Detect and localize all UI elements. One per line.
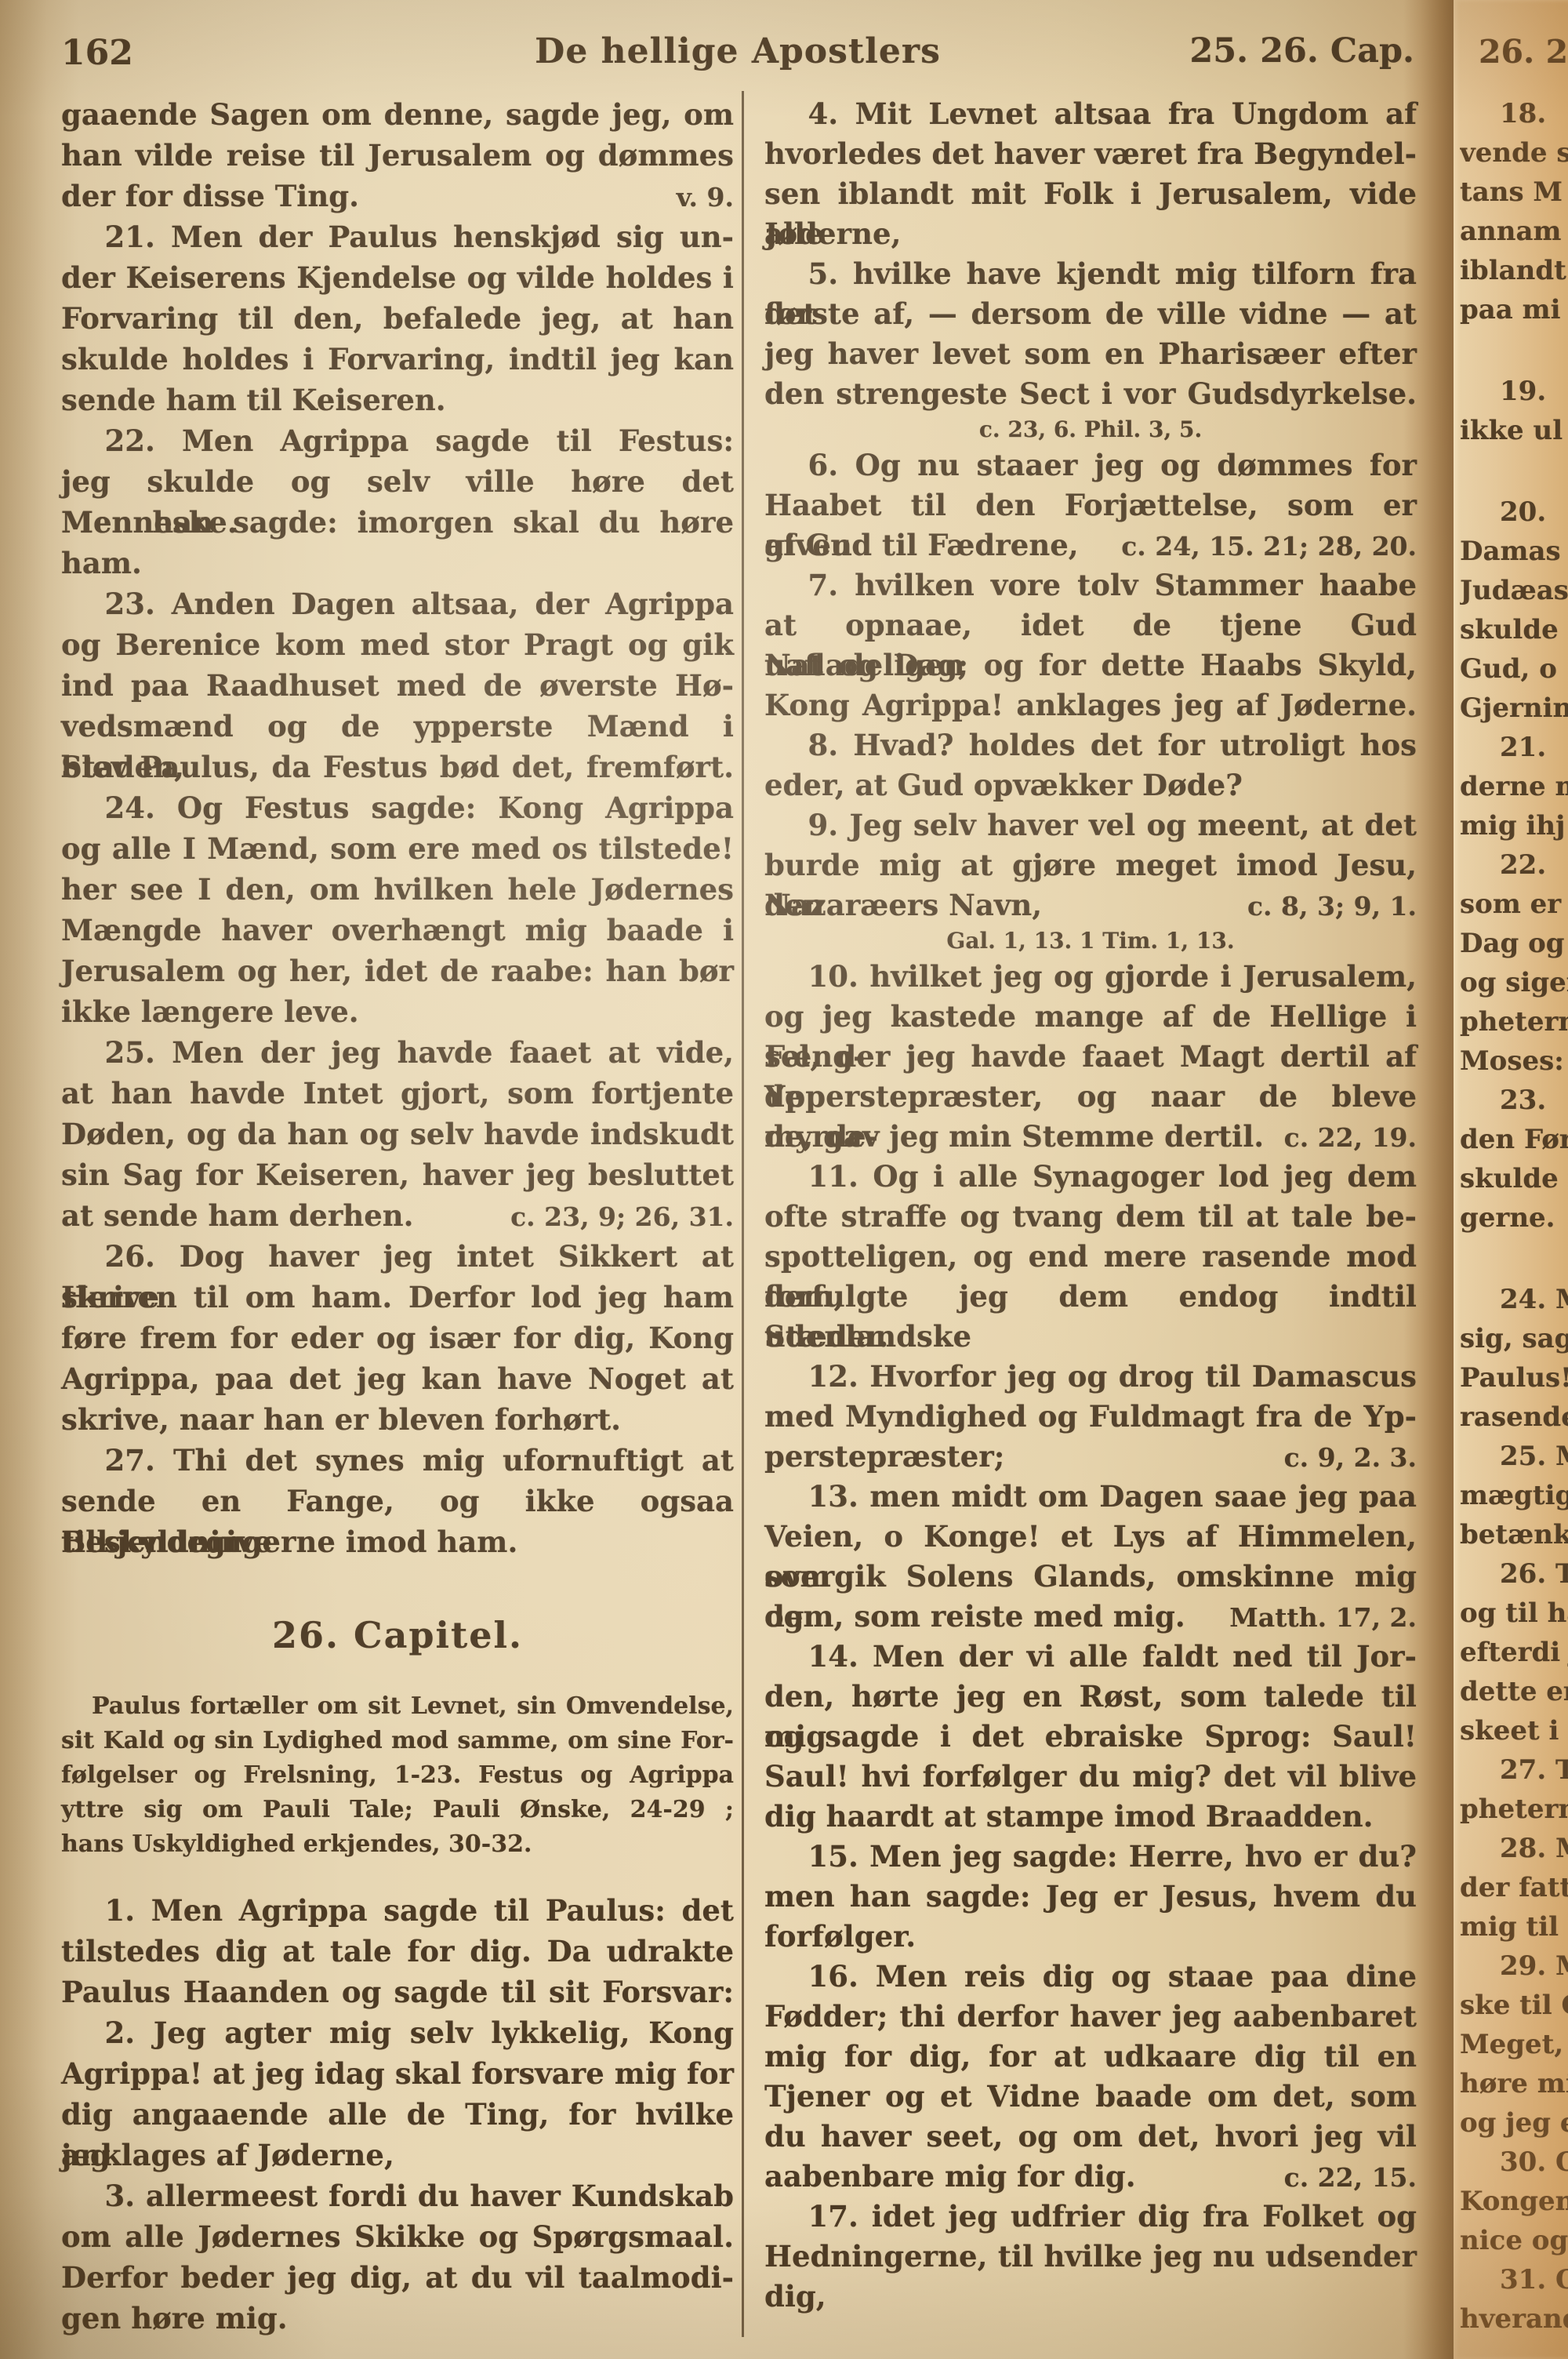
verse-start-line: 21. Men der Paulus henskjød sig un- bbox=[61, 216, 734, 257]
partial-text-line: høre mig id bbox=[1460, 2064, 1568, 2103]
verse-line: forfulgte jeg dem endog indtil udenlands… bbox=[764, 1277, 1417, 1317]
verse-text: Nazaræers Navn, bbox=[764, 885, 1042, 925]
partial-verse-start-line: 24. M bbox=[1460, 1280, 1568, 1319]
verse-line: Hedningerne, til hvilke jeg nu udsender bbox=[764, 2237, 1417, 2277]
partial-text-line: betænksom bbox=[1460, 1515, 1568, 1554]
chapter-heading: 26. Capitel. bbox=[61, 1609, 734, 1661]
verse-line-with-reference: af Gud til Fædrene,c. 24, 15. 21; 28, 20… bbox=[764, 525, 1417, 565]
verse-end-line: Beskyldningerne imod ham. bbox=[61, 1521, 734, 1562]
verse-line: blev Paulus, da Festus bød det, fremført… bbox=[61, 747, 734, 787]
partial-text-line: dette er sk bbox=[1460, 1672, 1568, 1711]
verse-line: dig angaaende alle de Ting, for hvilke j… bbox=[61, 2094, 734, 2135]
partial-text-line: og siger bbox=[1460, 963, 1568, 1002]
partial-text-line: skulde o bbox=[1460, 610, 1568, 649]
verse-start-line: 15. Men jeg sagde: Herre, hvo er du? bbox=[764, 1837, 1417, 1877]
verse-line: her see I den, om hvilken hele Jødernes bbox=[61, 869, 734, 910]
partial-verse-start-line: 31. Og bbox=[1460, 2260, 1568, 2299]
partial-text-line: iblandt bbox=[1460, 251, 1568, 290]
verse-start-line: 11. Og i alle Synagoger lod jeg dem bbox=[764, 1157, 1417, 1197]
verse-line: men han sagde: Jeg er Jesus, hvem du bbox=[764, 1877, 1417, 1917]
chapter-reference: 25. 26. Cap. bbox=[1189, 31, 1414, 71]
verse-end-line: anklages af Jøderne, bbox=[61, 2135, 734, 2175]
verse-text: aabenbare mig for dig. bbox=[764, 2157, 1136, 2197]
verse-line: sende en Fange, og ikke ogsaa tilkjendeg… bbox=[61, 1481, 734, 1521]
verse-text: de, gav jeg min Stemme dertil. bbox=[764, 1117, 1264, 1157]
partial-text-line: annam bbox=[1460, 212, 1568, 251]
verse-line: Nat og Dag; og for dette Haabs Skyld, bbox=[764, 645, 1417, 685]
verse-line: den strengeste Sect i vor Gudsdyrkelse. bbox=[764, 374, 1417, 414]
adjacent-page-header: 26. 27 bbox=[1479, 33, 1568, 71]
adjacent-page-column: 18.vende sitans Mannamiblandtpaa mi19.ik… bbox=[1460, 94, 1568, 2339]
verse-line-with-reference: aabenbare mig for dig.c. 22, 15. bbox=[764, 2157, 1417, 2197]
verse-line: vedsmænd og de ypperste Mænd i Staden, bbox=[61, 706, 734, 747]
cross-reference-line: Gal. 1, 13. 1 Tim. 1, 13. bbox=[764, 925, 1417, 957]
verse-start-line: 10. hvilket jeg og gjorde i Jerusalem, bbox=[764, 957, 1417, 997]
verse-start-line: 2. Jeg agter mig selv lykkelig, Kong bbox=[61, 2012, 734, 2053]
verse-line: Jerusalem og her, idet de raabe: han bør bbox=[61, 951, 734, 991]
cross-reference: c. 9, 2. 3. bbox=[1284, 1438, 1417, 1478]
partial-verse-start-line: 28. Me bbox=[1460, 1829, 1568, 1868]
verse-line: om alle Jødernes Skikke og Spørgsmaal. bbox=[61, 2216, 734, 2257]
partial-text-line: derne m bbox=[1460, 767, 1568, 806]
partial-text-line: Damas bbox=[1460, 532, 1568, 571]
partial-text-line: Kongen op bbox=[1460, 2182, 1568, 2221]
partial-verse-start-line: 23. bbox=[1460, 1081, 1568, 1120]
cross-reference: c. 24, 15. 21; 28, 20. bbox=[1121, 526, 1417, 566]
partial-text-line: vende si bbox=[1460, 133, 1568, 173]
verse-start-line: 24. Og Festus sagde: Kong Agrippa bbox=[61, 787, 734, 828]
partial-text-line: tans M bbox=[1460, 173, 1568, 212]
verse-end-line: Stæder. bbox=[764, 1317, 1417, 1357]
partial-text-line: som er bbox=[1460, 885, 1568, 924]
left-text-column: gaaende Sagen om denne, sagde jeg, omhan… bbox=[61, 94, 734, 2339]
column-rule bbox=[742, 91, 744, 2337]
verse-end-line: ham. bbox=[61, 543, 734, 583]
partial-text-line: skeet i en bbox=[1460, 1711, 1568, 1750]
verse-end-line: Jøderne, bbox=[764, 214, 1417, 254]
partial-verse-start-line: 25. M bbox=[1460, 1437, 1568, 1476]
partial-text-line: mig til at bbox=[1460, 1907, 1568, 1946]
verse-line: jeg skulde og selv ville høre det Mennes… bbox=[61, 461, 734, 502]
verse-start-line: 13. men midt om Dagen saae jeg paa bbox=[764, 1477, 1417, 1517]
chapter-summary-line: Paulus fortæller om sit Levnet, sin Omve… bbox=[61, 1689, 734, 1724]
verse-line-with-reference: perstepræster;c. 9, 2. 3. bbox=[764, 1437, 1417, 1477]
partial-text-line: ikke ul bbox=[1460, 411, 1568, 450]
partial-verse-start-line: 19. bbox=[1460, 372, 1568, 411]
partial-text-line: paa mi bbox=[1460, 290, 1568, 329]
verse-line: Haabet til den Forjættelse, som er given bbox=[764, 485, 1417, 525]
partial-verse-start-line: 29. Me bbox=[1460, 1946, 1568, 1986]
verse-line: og jeg kastede mange af de Hellige i Fæn… bbox=[764, 997, 1417, 1037]
partial-text-line: gerne. bbox=[1460, 1198, 1568, 1238]
verse-start-line: 17. idet jeg udfrier dig fra Folket og bbox=[764, 2197, 1417, 2237]
verse-line: med Myndighed og Fuldmagt fra de Yp- bbox=[764, 1397, 1417, 1437]
verse-line: sel, der jeg havde faaet Magt dertil af … bbox=[764, 1037, 1417, 1077]
verse-start-line: 1. Men Agrippa sagde til Paulus: det bbox=[61, 1890, 734, 1931]
verse-line: mig for dig, for at udkaare dig til en bbox=[764, 2037, 1417, 2077]
verse-line: Derfor beder jeg dig, at du vil taalmodi… bbox=[61, 2257, 734, 2298]
verse-line: Paulus Haanden og sagde til sit Forsvar: bbox=[61, 1972, 734, 2012]
spacer bbox=[61, 1562, 734, 1609]
chapter-summary-line: følgelser og Frelsning, 1-23. Festus og … bbox=[61, 1758, 734, 1793]
verse-line-with-reference: der for disse Ting.v. 9. bbox=[61, 176, 734, 216]
chapter-summary-line: hans Uskyldighed erkjendes, 30-32. bbox=[61, 1827, 734, 1862]
verse-start-line: 3. allermeest fordi du haver Kundskab bbox=[61, 2175, 734, 2216]
verse-text: af Gud til Fædrene, bbox=[764, 525, 1079, 565]
partial-text-line: nice og de, bbox=[1460, 2221, 1568, 2260]
cross-reference: c. 23, 9; 26, 31. bbox=[510, 1197, 734, 1238]
verse-start-line: 4. Mit Levnet altsaa fra Ungdom af bbox=[764, 94, 1417, 134]
verse-line: første af, — dersom de ville vidne — at bbox=[764, 294, 1417, 334]
verse-line: Herren til om ham. Derfor lod jeg ham bbox=[61, 1277, 734, 1318]
verse-line: han vilde reise til Jerusalem og dømmes bbox=[61, 135, 734, 176]
verse-line: og sagde i det ebraiske Sprog: Saul! bbox=[764, 1717, 1417, 1757]
verse-line-with-reference: de, gav jeg min Stemme dertil.c. 22, 19. bbox=[764, 1117, 1417, 1157]
cross-reference: Matth. 17, 2. bbox=[1229, 1598, 1417, 1637]
partial-text-line: Judæas bbox=[1460, 571, 1568, 610]
partial-text-line: Moses: bbox=[1460, 1041, 1568, 1081]
partial-text-line: pheterne bbox=[1460, 1002, 1568, 1041]
chapter-summary-line: sit Kald og sin Lydighed mod samme, om s… bbox=[61, 1724, 734, 1758]
verse-line: hvorledes det haver været fra Begyndel- bbox=[764, 134, 1417, 174]
verse-line: Fødder; thi derfor haver jeg aabenbaret bbox=[764, 1997, 1417, 2037]
verse-line: Tjener og et Vidne baade om det, som bbox=[764, 2077, 1417, 2117]
partial-text-line: mægtigste bbox=[1460, 1476, 1568, 1515]
partial-text-line: og jeg er, u bbox=[1460, 2103, 1568, 2143]
verse-line: ind paa Raadhuset med de øverste Hø- bbox=[61, 665, 734, 706]
verse-start-line: 26. Dog haver jeg intet Sikkert at skriv… bbox=[61, 1236, 734, 1277]
verse-line: sin Sag for Keiseren, haver jeg beslutte… bbox=[61, 1154, 734, 1195]
spacer bbox=[1460, 1238, 1568, 1280]
verse-line: tilstedes dig at tale for dig. Da udrakt… bbox=[61, 1931, 734, 1972]
verse-line: Mængde haver overhængt mig baade i bbox=[61, 910, 734, 951]
verse-start-line: 7. hvilken vore tolv Stammer haabe bbox=[764, 565, 1417, 605]
cross-reference: c. 22, 15. bbox=[1284, 2157, 1417, 2197]
partial-text-line: mig ihj bbox=[1460, 806, 1568, 845]
partial-text-line: skulde for bbox=[1460, 1159, 1568, 1198]
verse-line-with-reference: at sende ham derhen.c. 23, 9; 26, 31. bbox=[61, 1195, 734, 1236]
partial-text-line: den Før bbox=[1460, 1120, 1568, 1159]
verse-start-line: 9. Jeg selv haver vel og meent, at det bbox=[764, 805, 1417, 845]
spacer bbox=[1460, 329, 1568, 372]
verse-line: Agrippa! at jeg idag skal forsvare mig f… bbox=[61, 2053, 734, 2094]
verse-start-line: 14. Men der vi alle faldt ned til Jor- bbox=[764, 1637, 1417, 1677]
verse-line: Døden, og da han og selv havde indskudt bbox=[61, 1114, 734, 1154]
verse-start-line: 22. Men Agrippa sagde til Festus: bbox=[61, 420, 734, 461]
verse-end-line: dig haardt at stampe imod Braadden. bbox=[764, 1797, 1417, 1837]
verse-end-line: gen høre mig. bbox=[61, 2298, 734, 2339]
verse-end-line: forfølger. bbox=[764, 1917, 1417, 1957]
verse-start-line: 27. Thi det synes mig ufornuftigt at bbox=[61, 1440, 734, 1481]
partial-text-line: Gud, o bbox=[1460, 649, 1568, 689]
verse-line: føre frem for eder og især for dig, Kong bbox=[61, 1318, 734, 1358]
verse-line-with-reference: dem, som reiste med mig.Matth. 17, 2. bbox=[764, 1597, 1417, 1637]
cross-reference: c. 22, 19. bbox=[1284, 1118, 1417, 1158]
verse-end-line: eder, at Gud opvækker Døde? bbox=[764, 765, 1417, 805]
verse-text: perstepræster; bbox=[764, 1437, 1004, 1477]
right-text-column: 4. Mit Levnet altsaa fra Ungdom afhvorle… bbox=[764, 94, 1417, 2317]
partial-verse-start-line: 22. bbox=[1460, 845, 1568, 885]
verse-line: sen iblandt mit Folk i Jerusalem, vide a… bbox=[764, 174, 1417, 214]
verse-line: Veien, o Konge! et Lys af Himmelen, som bbox=[764, 1517, 1417, 1557]
verse-line: Forvaring til den, befalede jeg, at han bbox=[61, 298, 734, 339]
partial-text-line: ske til Gu bbox=[1460, 1986, 1568, 2025]
verse-line: skulde holdes i Forvaring, indtil jeg ka… bbox=[61, 339, 734, 380]
book-page-scan: 162 De hellige Apostlers 25. 26. Cap. ga… bbox=[0, 0, 1568, 2359]
verse-start-line: 6. Og nu staaer jeg og dømmes for bbox=[764, 445, 1417, 485]
verse-line: jeg haver levet som en Pharisæer efter bbox=[764, 334, 1417, 374]
verse-start-line: 12. Hvorfor jeg og drog til Damascus bbox=[764, 1357, 1417, 1397]
verse-end-line: dig, bbox=[764, 2277, 1417, 2317]
partial-text-line: Gjernin bbox=[1460, 689, 1568, 728]
cross-reference: v. 9. bbox=[677, 177, 734, 218]
verse-text: dem, som reiste med mig. bbox=[764, 1597, 1185, 1637]
verse-line: Agrippa, paa det jeg kan have Noget at bbox=[61, 1358, 734, 1399]
verse-line: der Keiserens Kjendelse og vilde holdes … bbox=[61, 257, 734, 298]
verse-end-line: sende ham til Keiseren. bbox=[61, 380, 734, 420]
verse-start-line: 5. hvilke have kjendt mig tilforn fra de… bbox=[764, 254, 1417, 294]
partial-text-line: sig, sagde bbox=[1460, 1319, 1568, 1358]
partial-text-line: hverandre bbox=[1460, 2299, 1568, 2339]
partial-verse-start-line: 27. Tro bbox=[1460, 1750, 1568, 1790]
partial-verse-start-line: 18. bbox=[1460, 94, 1568, 133]
verse-line: Men han sagde: imorgen skal du høre bbox=[61, 502, 734, 543]
partial-text-line: og til ha bbox=[1460, 1594, 1568, 1633]
cross-reference-line: c. 23, 6. Phil. 3, 5. bbox=[764, 414, 1417, 445]
partial-text-line: Dag og bbox=[1460, 924, 1568, 963]
partial-verse-start-line: 21. bbox=[1460, 728, 1568, 767]
verse-line: at han havde Intet gjort, som fortjente bbox=[61, 1073, 734, 1114]
verse-start-line: 8. Hvad? holdes det for utroligt hos bbox=[764, 725, 1417, 765]
verse-line-with-reference: Nazaræers Navn,c. 8, 3; 9, 1. bbox=[764, 885, 1417, 925]
verse-line: at opnaae, idet de tjene Gud uafladelige… bbox=[764, 605, 1417, 645]
verse-start-line: 25. Men der jeg havde faaet at vide, bbox=[61, 1032, 734, 1073]
verse-line: spotteligen, og end mere rasende mod dem… bbox=[764, 1237, 1417, 1277]
verse-line: gaaende Sagen om denne, sagde jeg, om bbox=[61, 94, 734, 135]
verse-end-line: ikke længere leve. bbox=[61, 991, 734, 1032]
verse-line: Ypperstepræster, og naar de bleve myrde- bbox=[764, 1077, 1417, 1117]
verse-line: og Berenice kom med stor Pragt og gik bbox=[61, 624, 734, 665]
partial-verse-start-line: 30. Og bbox=[1460, 2143, 1568, 2182]
page-header: 162 De hellige Apostlers 25. 26. Cap. bbox=[61, 28, 1414, 78]
verse-start-line: 16. Men reis dig og staae paa dine bbox=[764, 1957, 1417, 1997]
verse-start-line: 23. Anden Dagen altsaa, der Agrippa bbox=[61, 583, 734, 624]
partial-text-line: pheterne? bbox=[1460, 1790, 1568, 1829]
verse-text: der for disse Ting. bbox=[61, 176, 359, 216]
verse-line: ofte straffe og tvang dem til at tale be… bbox=[764, 1197, 1417, 1237]
partial-text-line: Paulus! bbox=[1460, 1358, 1568, 1398]
adjacent-page-edge: 26. 27 18.vende sitans Mannamiblandtpaa … bbox=[1454, 0, 1568, 2359]
verse-line: Kong Agrippa! anklages jeg af Jøderne. bbox=[764, 685, 1417, 725]
cross-reference: c. 8, 3; 9, 1. bbox=[1247, 886, 1417, 926]
partial-text-line: efterdi jeg bbox=[1460, 1633, 1568, 1672]
partial-text-line: rasende. bbox=[1460, 1398, 1568, 1437]
spacer bbox=[1460, 450, 1568, 493]
partial-text-line: der fattes bbox=[1460, 1868, 1568, 1907]
spacer bbox=[61, 1862, 734, 1890]
spacer bbox=[61, 1661, 734, 1689]
verse-line: burde mig at gjøre meget imod Jesu, den bbox=[764, 845, 1417, 885]
partial-verse-start-line: 20. bbox=[1460, 493, 1568, 532]
chapter-summary-line: yttre sig om Pauli Tale; Pauli Ønske, 24… bbox=[61, 1793, 734, 1827]
partial-text-line: Meget, at i bbox=[1460, 2025, 1568, 2064]
partial-verse-start-line: 26. Th bbox=[1460, 1554, 1568, 1594]
verse-text: at sende ham derhen. bbox=[61, 1195, 414, 1236]
verse-line: den, hørte jeg en Røst, som talede til m… bbox=[764, 1677, 1417, 1717]
verse-end-line: skrive, naar han er bleven forhørt. bbox=[61, 1399, 734, 1440]
verse-line: og alle I Mænd, som ere med os tilstede! bbox=[61, 828, 734, 869]
verse-line: Saul! hvi forfølger du mig? det vil bliv… bbox=[764, 1757, 1417, 1797]
verse-line: overgik Solens Glands, omskinne mig og bbox=[764, 1557, 1417, 1597]
verse-line: du haver seet, og om det, hvori jeg vil bbox=[764, 2117, 1417, 2157]
